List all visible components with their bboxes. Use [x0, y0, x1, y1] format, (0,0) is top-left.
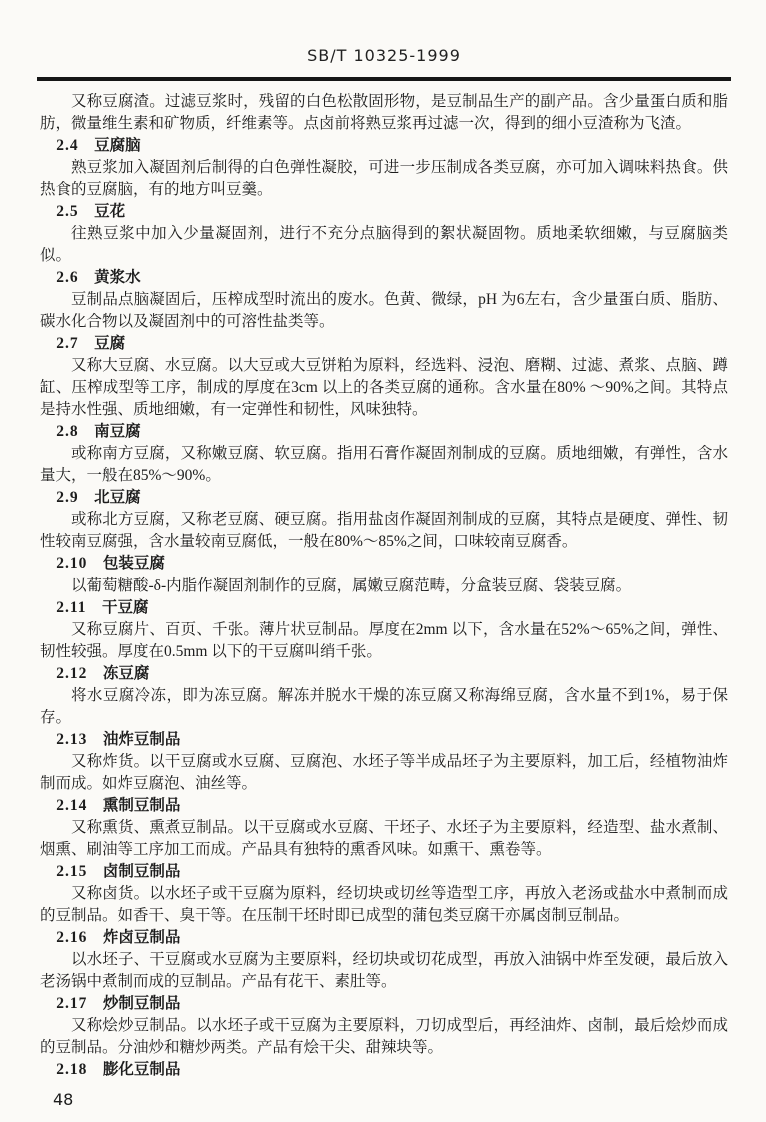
section-number: 2.8 [56, 421, 78, 443]
section: 2.7豆腐 又称大豆腐、水豆腐。以大豆或大豆饼粕为原料，经选料、浸泡、磨糊、过滤… [40, 333, 728, 421]
section-paragraph: 熟豆浆加入凝固剂后制得的白色弹性凝胶，可进一步压制成各类豆腐，亦可加入调味料热食… [40, 157, 728, 201]
section-paragraph: 又称熏货、熏煮豆制品。以干豆腐或水豆腐、干坯子、水坯子为主要原料，经造型、盐水煮… [40, 817, 728, 861]
section-heading: 2.5豆花 [40, 201, 728, 223]
section-heading: 2.15卤制豆制品 [40, 861, 728, 883]
section-title: 膨化豆制品 [103, 1061, 181, 1078]
section-heading: 2.12冻豆腐 [40, 663, 728, 685]
section: 2.18膨化豆制品 [40, 1059, 728, 1081]
section: 2.14熏制豆制品 又称熏货、熏煮豆制品。以干豆腐或水豆腐、干坯子、水坯子为主要… [40, 795, 728, 861]
section-title: 豆腐脑 [94, 137, 141, 154]
section-heading: 2.18膨化豆制品 [40, 1059, 728, 1081]
section: 2.4豆腐脑 熟豆浆加入凝固剂后制得的白色弹性凝胶，可进一步压制成各类豆腐，亦可… [40, 135, 728, 201]
header-rule [37, 77, 731, 81]
section-heading: 2.7豆腐 [40, 333, 728, 355]
section-title: 北豆腐 [94, 489, 141, 506]
section-heading: 2.11干豆腐 [40, 597, 728, 619]
section-heading: 2.8南豆腐 [40, 421, 728, 443]
section-heading: 2.9北豆腐 [40, 487, 728, 509]
section: 2.13油炸豆制品 又称炸货。以干豆腐或水豆腐、豆腐泡、水坯子等半成品坯子为主要… [40, 729, 728, 795]
section-title: 豆腐 [94, 335, 125, 352]
section-paragraph: 豆制品点脑凝固后，压榨成型时流出的废水。色黄、微绿，pH 为6左右，含少量蛋白质… [40, 289, 728, 333]
document-page: SB/T 10325-1999 又称豆腐渣。过滤豆浆时，残留的白色松散固形物，是… [0, 0, 766, 1122]
section-heading: 2.10包装豆腐 [40, 553, 728, 575]
intro-paragraph: 又称豆腐渣。过滤豆浆时，残留的白色松散固形物，是豆制品生产的副产品。含少量蛋白质… [40, 91, 728, 135]
section-paragraph: 往熟豆浆中加入少量凝固剂，进行不充分点脑得到的絮状凝固物。质地柔软细嫩，与豆腐脑… [40, 223, 728, 267]
section-heading: 2.14熏制豆制品 [40, 795, 728, 817]
section-number: 2.15 [56, 861, 87, 883]
section-heading: 2.16炸卤豆制品 [40, 927, 728, 949]
section-title: 油炸豆制品 [103, 731, 181, 748]
section-number: 2.16 [56, 927, 87, 949]
section-title: 卤制豆制品 [103, 863, 181, 880]
section-paragraph: 又称卤货。以水坯子或干豆腐为原料，经切块或切丝等造型工序，再放入老汤或盐水中煮制… [40, 883, 728, 927]
section-number: 2.13 [56, 729, 87, 751]
section-paragraph: 又称大豆腐、水豆腐。以大豆或大豆饼粕为原料，经选料、浸泡、磨糊、过滤、煮浆、点脑… [40, 355, 728, 421]
section-paragraph: 或称北方豆腐，又称老豆腐、硬豆腐。指用盐卤作凝固剂制成的豆腐，其特点是硬度、弹性… [40, 509, 728, 553]
section-heading: 2.17炒制豆制品 [40, 993, 728, 1015]
page-header: SB/T 10325-1999 [40, 46, 728, 66]
section-number: 2.7 [56, 333, 78, 355]
section-heading: 2.4豆腐脑 [40, 135, 728, 157]
section: 2.8南豆腐 或称南方豆腐，又称嫩豆腐、软豆腐。指用石膏作凝固剂制成的豆腐。质地… [40, 421, 728, 487]
section-title: 黄浆水 [94, 269, 141, 286]
section-number: 2.12 [56, 663, 87, 685]
section-number: 2.6 [56, 267, 78, 289]
section: 2.9北豆腐 或称北方豆腐，又称老豆腐、硬豆腐。指用盐卤作凝固剂制成的豆腐，其特… [40, 487, 728, 553]
section-paragraph: 以水坯子、干豆腐或水豆腐为主要原料，经切块或切花成型，再放入油锅中炸至发硬，最后… [40, 949, 728, 993]
section-title: 冻豆腐 [103, 665, 150, 682]
section: 2.6黄浆水 豆制品点脑凝固后，压榨成型时流出的废水。色黄、微绿，pH 为6左右… [40, 267, 728, 333]
section: 2.15卤制豆制品 又称卤货。以水坯子或干豆腐为原料，经切块或切丝等造型工序，再… [40, 861, 728, 927]
section-title: 炒制豆制品 [103, 995, 181, 1012]
section-title: 豆花 [94, 203, 125, 220]
section-paragraph: 又称炸货。以干豆腐或水豆腐、豆腐泡、水坯子等半成品坯子为主要原料，加工后，经植物… [40, 751, 728, 795]
section-paragraph: 又称豆腐片、百页、千张。薄片状豆制品。厚度在2mm 以下，含水量在52%～65%… [40, 619, 728, 663]
section-number: 2.10 [56, 553, 87, 575]
section-number: 2.11 [56, 597, 86, 619]
document-body: 又称豆腐渣。过滤豆浆时，残留的白色松散固形物，是豆制品生产的副产品。含少量蛋白质… [40, 91, 728, 1081]
section-paragraph: 将水豆腐冷冻，即为冻豆腐。解冻并脱水干燥的冻豆腐又称海绵豆腐，含水量不到1%，易… [40, 685, 728, 729]
section-number: 2.4 [56, 135, 78, 157]
section-number: 2.18 [56, 1059, 87, 1081]
page-number: 48 [40, 1090, 728, 1109]
section-heading: 2.13油炸豆制品 [40, 729, 728, 751]
standard-code: SB/T 10325-1999 [307, 46, 461, 65]
section-title: 熏制豆制品 [103, 797, 181, 814]
section-paragraph: 又称烩炒豆制品。以水坯子或干豆腐为主要原料，刀切成型后，再经油炸、卤制，最后烩炒… [40, 1015, 728, 1059]
section-title: 南豆腐 [94, 423, 141, 440]
section-paragraph: 或称南方豆腐，又称嫩豆腐、软豆腐。指用石膏作凝固剂制成的豆腐。质地细嫩，有弹性，… [40, 443, 728, 487]
section: 2.17炒制豆制品 又称烩炒豆制品。以水坯子或干豆腐为主要原料，刀切成型后，再经… [40, 993, 728, 1059]
section-number: 2.14 [56, 795, 87, 817]
section-number: 2.17 [56, 993, 87, 1015]
section-heading: 2.6黄浆水 [40, 267, 728, 289]
section-number: 2.5 [56, 201, 78, 223]
section-title: 包装豆腐 [103, 555, 165, 572]
section: 2.12冻豆腐 将水豆腐冷冻，即为冻豆腐。解冻并脱水干燥的冻豆腐又称海绵豆腐，含… [40, 663, 728, 729]
section: 2.11干豆腐 又称豆腐片、百页、千张。薄片状豆制品。厚度在2mm 以下，含水量… [40, 597, 728, 663]
section: 2.10包装豆腐 以葡萄糖酸-δ-内脂作凝固剂制作的豆腐，属嫩豆腐范畴，分盒装豆… [40, 553, 728, 597]
section-title: 干豆腐 [102, 599, 149, 616]
section-number: 2.9 [56, 487, 78, 509]
section: 2.5豆花 往熟豆浆中加入少量凝固剂，进行不充分点脑得到的絮状凝固物。质地柔软细… [40, 201, 728, 267]
section-paragraph: 以葡萄糖酸-δ-内脂作凝固剂制作的豆腐，属嫩豆腐范畴，分盒装豆腐、袋装豆腐。 [40, 575, 728, 597]
sections-container: 2.4豆腐脑 熟豆浆加入凝固剂后制得的白色弹性凝胶，可进一步压制成各类豆腐，亦可… [40, 135, 728, 1081]
section: 2.16炸卤豆制品 以水坯子、干豆腐或水豆腐为主要原料，经切块或切花成型，再放入… [40, 927, 728, 993]
section-title: 炸卤豆制品 [103, 929, 181, 946]
